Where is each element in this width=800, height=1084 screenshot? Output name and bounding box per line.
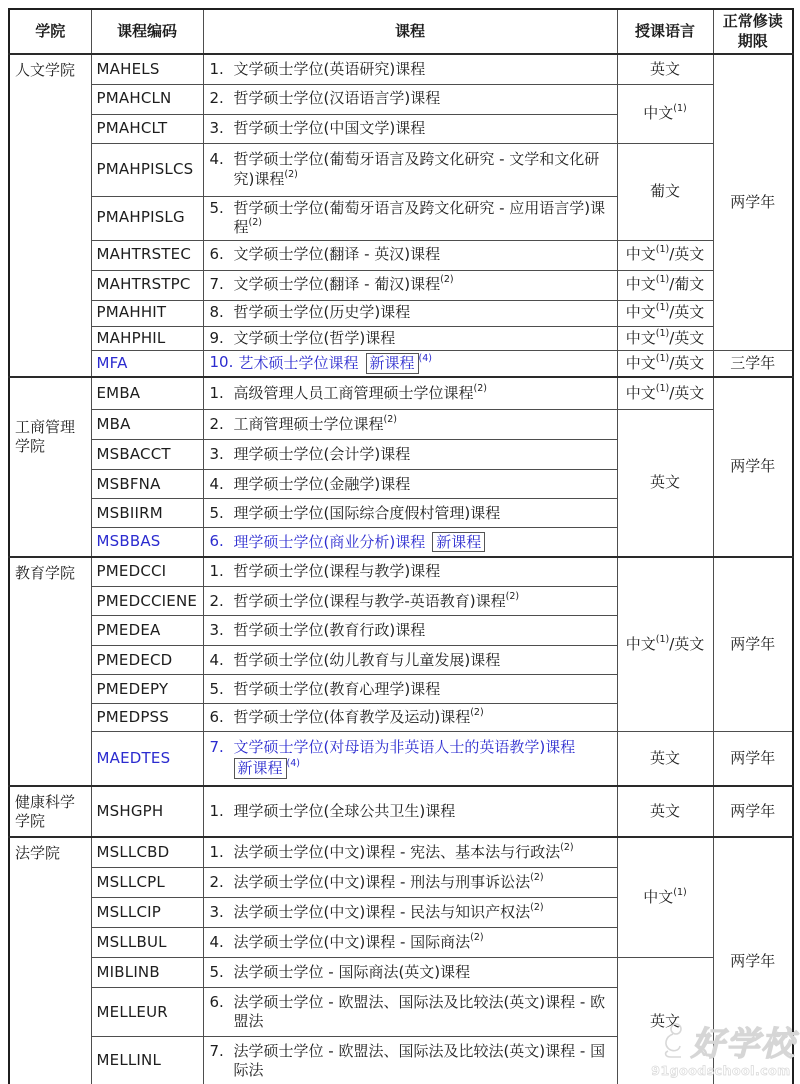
course-code: PMEDCCIENE (91, 587, 203, 616)
course-name: 2.法学硕士学位(中文)课程 - 刑法与刑事诉讼法(2) (203, 868, 617, 898)
course-name: 9.文学硕士学位(哲学)课程 (203, 326, 617, 351)
course-code-link[interactable]: MFA (91, 351, 203, 377)
programs-table: 学院 课程编码 课程 授课语言 正常修读期限 人文学院 MAHELS 1.文学硕… (8, 8, 794, 1084)
course-name: 4.哲学硕士学位(幼儿教育与儿童发展)课程 (203, 646, 617, 675)
col-header-language: 授课语言 (617, 9, 713, 54)
new-course-badge: 新课程 (234, 758, 287, 779)
course-code: MAHELS (91, 54, 203, 84)
college-cell: 教育学院 (9, 557, 91, 786)
course-code: PMEDCCI (91, 557, 203, 587)
course-code: MSBIIRM (91, 499, 203, 528)
course-name: 2.工商管理硕士学位课程(2) (203, 410, 617, 440)
course-name: 5.哲学硕士学位(教育心理学)课程 (203, 675, 617, 704)
course-name-link[interactable]: 6.理学硕士学位(商业分析)课程新课程 (203, 528, 617, 557)
course-code: MSLLCBD (91, 837, 203, 868)
course-name: 4.法学硕士学位(中文)课程 - 国际商法(2) (203, 928, 617, 958)
course-code: PMAHCLT (91, 114, 203, 143)
course-name: 1.理学硕士学位(全球公共卫生)课程 (203, 786, 617, 837)
language-cell: 中文(1)/英文 (617, 351, 713, 377)
language-cell: 中文(1) (617, 84, 713, 143)
course-code: PMAHPISLG (91, 196, 203, 240)
col-header-duration: 正常修读期限 (713, 9, 793, 54)
language-cell: 中文(1)/英文 (617, 557, 713, 732)
course-code: MELLEUR (91, 988, 203, 1037)
new-course-badge: 新课程 (432, 532, 485, 553)
course-code: PMAHPISLCS (91, 143, 203, 196)
language-cell: 英文 (617, 54, 713, 84)
duration-cell: 两学年 (713, 837, 793, 1084)
course-code: PMAHHIT (91, 300, 203, 326)
course-name: 8.哲学硕士学位(历史学)课程 (203, 300, 617, 326)
college-cell: 健康科学学院 (9, 786, 91, 837)
course-code: MSLLCIP (91, 898, 203, 928)
course-code: MSHGPH (91, 786, 203, 837)
course-name: 1.高级管理人员工商管理硕士学位课程(2) (203, 377, 617, 410)
course-name: 5.哲学硕士学位(葡萄牙语言及跨文化研究 - 应用语言学)课程(2) (203, 196, 617, 240)
language-cell: 葡文 (617, 143, 713, 240)
course-name-link[interactable]: 10.艺术硕士学位课程新课程(4) (203, 351, 617, 377)
course-code: PMEDEPY (91, 675, 203, 704)
language-cell: 英文 (617, 786, 713, 837)
course-name: 4.理学硕士学位(金融学)课程 (203, 470, 617, 499)
course-name: 3.理学硕士学位(会计学)课程 (203, 440, 617, 470)
language-cell: 中文(1)/葡文 (617, 270, 713, 300)
duration-cell: 两学年 (713, 377, 793, 557)
course-name: 3.哲学硕士学位(教育行政)课程 (203, 616, 617, 646)
course-code: MSBFNA (91, 470, 203, 499)
course-name-link[interactable]: 7.文学硕士学位(对母语为非英语人士的英语教学)课程新课程(4) (203, 732, 617, 786)
course-name: 3.哲学硕士学位(中国文学)课程 (203, 114, 617, 143)
course-name: 1.文学硕士学位(英语研究)课程 (203, 54, 617, 84)
course-name: 2.哲学硕士学位(汉语语言学)课程 (203, 84, 617, 114)
course-code: PMAHCLN (91, 84, 203, 114)
new-course-badge: 新课程 (366, 353, 419, 374)
course-code: MAHTRSTPC (91, 270, 203, 300)
language-cell: 英文 (617, 732, 713, 786)
course-code: MELLINL (91, 1037, 203, 1084)
language-cell: 中文(1)/英文 (617, 326, 713, 351)
course-code-link[interactable]: MAEDTES (91, 732, 203, 786)
course-code: MAHPHIL (91, 326, 203, 351)
course-name: 1.法学硕士学位(中文)课程 - 宪法、基本法与行政法(2) (203, 837, 617, 868)
course-name: 4.哲学硕士学位(葡萄牙语言及跨文化研究 - 文学和文化研究)课程(2) (203, 143, 617, 196)
language-cell: 英文 (617, 410, 713, 557)
col-header-course: 课程 (203, 9, 617, 54)
duration-cell: 三学年 (713, 351, 793, 377)
college-cell: 法学院 (9, 837, 91, 1084)
course-code: PMEDECD (91, 646, 203, 675)
course-code: MIBLINB (91, 958, 203, 988)
language-cell: 英文 (617, 958, 713, 1084)
course-name: 6.文学硕士学位(翻译 - 英汉)课程 (203, 240, 617, 270)
course-name: 5.理学硕士学位(国际综合度假村管理)课程 (203, 499, 617, 528)
language-cell: 中文(1) (617, 837, 713, 958)
duration-cell: 两学年 (713, 732, 793, 786)
col-header-college: 学院 (9, 9, 91, 54)
duration-cell: 两学年 (713, 786, 793, 837)
course-name: 6.法学硕士学位 - 欧盟法、国际法及比较法(英文)课程 - 欧盟法 (203, 988, 617, 1037)
course-code: PMEDEA (91, 616, 203, 646)
language-cell: 中文(1)/英文 (617, 240, 713, 270)
college-cell: 人文学院 (9, 54, 91, 377)
course-code: MSBACCT (91, 440, 203, 470)
course-name: 7.文学硕士学位(翻译 - 葡汉)课程(2) (203, 270, 617, 300)
duration-cell: 两学年 (713, 557, 793, 732)
duration-cell: 两学年 (713, 54, 793, 351)
course-name: 6.哲学硕士学位(体育教学及运动)课程(2) (203, 704, 617, 732)
course-name: 2.哲学硕士学位(课程与教学-英语教育)课程(2) (203, 587, 617, 616)
language-cell: 中文(1)/英文 (617, 377, 713, 410)
course-code: EMBA (91, 377, 203, 410)
course-code: MSLLCPL (91, 868, 203, 898)
course-code: MSLLBUL (91, 928, 203, 958)
course-name: 7.法学硕士学位 - 欧盟法、国际法及比较法(英文)课程 - 国际法 (203, 1037, 617, 1084)
course-name: 1.哲学硕士学位(课程与教学)课程 (203, 557, 617, 587)
course-code: PMEDPSS (91, 704, 203, 732)
col-header-code: 课程编码 (91, 9, 203, 54)
college-cell: 工商管理学院 (9, 377, 91, 557)
course-code: MBA (91, 410, 203, 440)
course-name: 5.法学硕士学位 - 国际商法(英文)课程 (203, 958, 617, 988)
course-code: MAHTRSTEC (91, 240, 203, 270)
course-name: 3.法学硕士学位(中文)课程 - 民法与知识产权法(2) (203, 898, 617, 928)
course-code-link[interactable]: MSBBAS (91, 528, 203, 557)
language-cell: 中文(1)/英文 (617, 300, 713, 326)
